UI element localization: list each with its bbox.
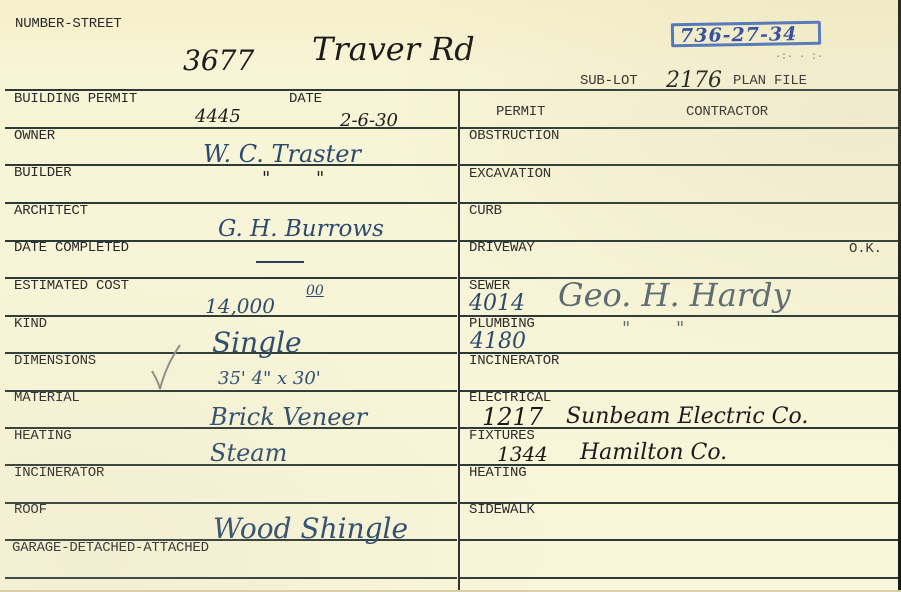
field-label-architect: ARCHITECT (14, 203, 88, 219)
date-completed-dash (256, 261, 304, 263)
field-label-builder: BUILDER (14, 165, 71, 181)
fixtures-contractor: Hamilton Co. (580, 440, 727, 465)
street-number: 3677 (183, 44, 254, 77)
number-street-label: NUMBER-STREET (15, 16, 122, 32)
rule (459, 539, 901, 541)
building-permit-date: 2-6-30 (340, 110, 398, 131)
permit-label-heating: HEATING (469, 465, 526, 481)
electrical-contractor: Sunbeam Electric Co. (566, 404, 808, 429)
sub-lot-label: SUB-LOT (580, 73, 637, 89)
fixtures-permit-number: 1344 (497, 442, 548, 466)
plumbing-permit-number: 4180 (470, 329, 526, 354)
ink-specks: ·:· · :· (775, 52, 823, 63)
plumbing-contractor: " " (622, 318, 684, 339)
kind-value: Single (212, 326, 302, 359)
field-label-date-completed: DATE COMPLETED (14, 240, 129, 256)
field-label-owner: OWNER (14, 128, 55, 144)
contractor-header: CONTRACTOR (686, 104, 768, 120)
architect-value: G. H. Burrows (218, 216, 384, 242)
check-mark-icon (150, 343, 182, 393)
field-label-building-permit: BUILDING PERMIT (14, 91, 137, 107)
driveway-status: O.K. (849, 241, 882, 257)
street-name: Traver Rd (312, 30, 475, 68)
permit-label-driveway: DRIVEWAY (469, 240, 535, 256)
electrical-permit-number: 1217 (482, 403, 543, 431)
field-label-garage: GARAGE-DETACHED-ATTACHED (12, 540, 209, 556)
permit-label-excavation: EXCAVATION (469, 166, 551, 182)
field-label-incinerator: INCINERATOR (14, 465, 104, 481)
field-label-material: MATERIAL (14, 390, 80, 406)
field-label-estimated-cost: ESTIMATED COST (14, 278, 129, 294)
rule (5, 577, 457, 579)
field-label-kind: KIND (14, 316, 47, 332)
rule (459, 202, 901, 204)
builder-value: " " (262, 168, 324, 189)
field-label-heating: HEATING (14, 428, 71, 444)
owner-value: W. C. Traster (203, 140, 361, 168)
plan-file-label: PLAN FILE (733, 73, 807, 89)
field-label-date: DATE (289, 91, 322, 107)
estimated-cost-cents: 00 (306, 283, 324, 299)
estimated-cost-value: 14,000 (205, 294, 275, 318)
sewer-contractor: Geo. H. Hardy (558, 276, 791, 314)
field-label-roof: ROOF (14, 502, 47, 518)
permit-label-incinerator: INCINERATOR (469, 353, 559, 369)
rule (5, 502, 457, 504)
material-value: Brick Veneer (210, 403, 367, 431)
field-label-dimensions: DIMENSIONS (14, 353, 96, 369)
roof-value: Wood Shingle (213, 512, 408, 545)
dimensions-value: 35' 4" x 30' (218, 368, 321, 389)
rule (459, 577, 901, 579)
rule-header (5, 89, 901, 91)
heating-value: Steam (210, 439, 287, 467)
permit-label-sidewalk: SIDEWALK (469, 502, 535, 518)
sewer-permit-number: 4014 (469, 291, 525, 316)
permit-label-obstruction: OBSTRUCTION (469, 128, 559, 144)
column-divider (458, 89, 460, 592)
permit-label-curb: CURB (469, 203, 502, 219)
permit-card: NUMBER-STREET 3677 Traver Rd 736-27-34 ·… (0, 0, 901, 592)
file-number-stamp: 736-27-34 (671, 21, 821, 48)
building-permit-number: 4445 (195, 106, 241, 127)
file-number: 736-27-34 (680, 23, 798, 47)
permit-header: PERMIT (496, 104, 545, 120)
